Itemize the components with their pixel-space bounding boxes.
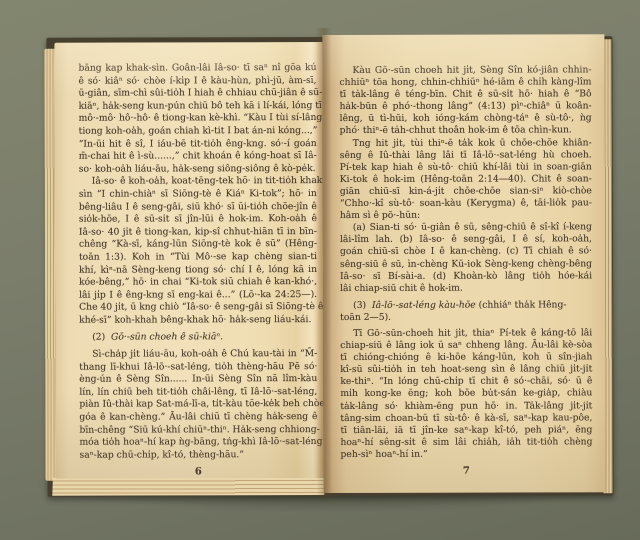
text-line: bāng kap khak-sìn. Goân-lâi Iâ-so· tī sa… <box>78 62 316 75</box>
heading-title-italic: Iâ-lō·-sat-léng kàu-hōe <box>372 299 476 310</box>
text-line: Che 40 ji̍t, ū kng chiò “Iâ-so· ê seng-g… <box>79 301 317 314</box>
text-line: khé-sī” koh-khah bêng-khak hō· ha̍k-seng… <box>79 314 317 327</box>
text-line: chhiūⁿ tōa hong, chhin-chhiūⁿ hé-iām ê c… <box>340 76 592 89</box>
text-line: Tī Gō·-sūn-choeh hit ji̍t, thiaⁿ Pí-tek … <box>340 327 592 340</box>
text-line: piàn Iû-thài kap Sat-má-lī-a, ti̍t-kàu t… <box>79 398 317 411</box>
paragraph: Kàu Gō·-sūn choeh hit ji̍t, Sèng Sîn kó-… <box>339 64 591 137</box>
text-line: chêng “Kà-sī, káng-lūn Siōng-tè kok ê sū… <box>79 238 317 251</box>
right-page-text: Kàu Gō·-sūn choeh hit ji̍t, Sèng Sîn kó-… <box>339 64 592 477</box>
text-line: sio̍k-hōe, I ê sū-si̍t sī jîn-lūi ê hok-… <box>79 213 317 226</box>
page-number-left: 6 <box>80 466 318 478</box>
text-line: (2) Gō·-sūn choeh ê sū-kiāⁿ. <box>79 332 317 345</box>
text-line: goán chiū-sī chòe I ê kan-chèng. (c) Tī … <box>340 246 592 259</box>
text-line: tâng-sim choan-bū tī sù-tô· ê kà-sī, saⁿ… <box>340 412 592 425</box>
text-line: Tng hit ji̍t, tùi thiⁿ-ē ta̍k kok ū chōe… <box>340 137 592 150</box>
text-line: (3) Iâ-lō·-sat-léng kàu-hōe (chhiáⁿ tha̍… <box>340 299 592 312</box>
text-line: Iâ-so· ê koh-oa̍h, koat-tēng-tek hō· in … <box>79 175 317 188</box>
text-line: Pí-tek kap hiah ê sù-tô· chiū khí-lâi tù… <box>340 161 592 174</box>
text-line: tī tiān-lāi, iā tī jîn-ke saⁿ-kap kî-tó,… <box>340 424 592 437</box>
text-line: khí, kìⁿ-nā Sèng-keng tiong só· chí I ê,… <box>79 264 317 277</box>
text-line: móa tio̍h hoaⁿ-hí kap ǹg-bāng, tńg-khì I… <box>79 436 317 449</box>
text-line: lâi chiap-siū chit ê hok-im. <box>340 282 592 295</box>
text-line: èng-ún ê Sèng Sîn...... In-ūi Sèng Sîn n… <box>79 373 317 386</box>
text-line: saⁿ-kap chū-chi̍p, kî-tó, thèng-hāu.” <box>79 449 317 462</box>
text-line: sêng ê Iû-thài lâng lâi tī Iâ-lō·-sat-lé… <box>340 149 592 162</box>
text-line: sêng-siū ê sū, ìn-chèng Kū-iok Sèng-keng… <box>340 258 592 271</box>
heading-title-italic: Gō·-sūn choeh ê sū-kiāⁿ. <box>111 332 223 343</box>
text-line: thang lī-khui Iâ-lō·-sat-léng, tio̍h thè… <box>79 361 317 374</box>
text-line: ta̍k-lâng só· khiàm-ēng pun hō· in. Ta̍k… <box>340 400 592 413</box>
heading-text: toān 2—5). <box>340 312 391 323</box>
text-line: hâm sì ê pō·-hūn: <box>340 209 592 222</box>
text-line: toān 2—5). <box>340 311 592 324</box>
text-line: m̄-chai hit ê ì-sù......,” chit khoán ê … <box>79 150 317 163</box>
text-line: phó· thiⁿ-ē ta̍h-chhut thoân hok-im ê tō… <box>340 125 592 138</box>
text-line: mô·-mô· hô·-hô· ê tiong-kan kè-khì. “Kàu… <box>79 112 317 125</box>
paragraph: bāng kap khak-sìn. Goân-lâi Iâ-so· tī sa… <box>78 62 316 176</box>
heading-text: (2) <box>92 332 111 343</box>
text-line: Iâ-so· 40 ji̍t ê tiong-kan, kip-sî chhut… <box>79 226 317 239</box>
text-line: giān chiū-sī kin-á-ji̍t chōe-chōe sian-s… <box>340 185 592 198</box>
text-line: mi̍h kong-ke ēng; koh bōe bu̍t-sán ke-gi… <box>340 388 592 401</box>
text-line: bêng-liâu I ê seng-gâi, siū khó· sī ūi-t… <box>79 201 317 214</box>
text-line: “In-ūi hit ê sî, I iáu-bē tit-tio̍h êng-… <box>79 138 317 151</box>
paragraph: (a) Sian-ti só· ū-giân ê sū, sêng-chiū ê… <box>340 222 592 295</box>
text-line: Iâ-so· sī Bí-sài-a. (d) Khoàn-kò lâng ti… <box>340 270 592 283</box>
page-number-right: 7 <box>341 465 593 477</box>
text-line: tī chióng-chióng ê ki-hōe káng-lūn, koh … <box>340 351 592 364</box>
text-line: ū-giân, sīm-chì sûi-tio̍h I hiah ê chhia… <box>79 87 317 100</box>
text-line: ê só· kiâⁿ só· chòe í-ki̍p I ê kàu-hùn, … <box>79 75 317 88</box>
text-line: tiong koh-oa̍h, goán chiah kì-tit I bat … <box>79 125 317 138</box>
text-line: peh-sìⁿ hoaⁿ-hí in.” <box>340 448 592 461</box>
paragraph: Iâ-so· ê koh-oa̍h, koat-tēng-tek hō· in … <box>79 175 317 327</box>
paragraph: Tng hit ji̍t, tùi thiⁿ-ē ta̍k kok ū chōe… <box>340 137 592 222</box>
text-line: lín, lín chiū beh tit-tio̍h châi-lêng, t… <box>79 386 317 399</box>
open-book: bāng kap khak-sìn. Goân-lâi Iâ-so· tī sa… <box>43 27 616 498</box>
section-heading: (3) Iâ-lō·-sat-léng kàu-hōe (chhiáⁿ tha̍… <box>340 299 592 324</box>
text-line: hoaⁿ-hí sêng-si̍t ê sim lâi chia̍h, ia̍h… <box>340 436 592 449</box>
text-line: lâi ji̍p I ê êng-kng sī eng-kai ê...” (L… <box>79 289 317 302</box>
text-line: Sì-cha̍p ji̍t liáu-āu, koh-oa̍h ê Chú ka… <box>79 348 317 361</box>
text-line: bīn-chêng “Siū kú-khí chiūⁿ-thiⁿ. Ha̍k-s… <box>79 424 317 437</box>
text-line: toān 1:3). Koh in “Tùi Mô·-se kap chèng … <box>79 251 317 264</box>
text-line: Kàu Gō·-sūn choeh hit ji̍t, Sèng Sîn kó-… <box>339 64 591 77</box>
text-line: kiāⁿ, ha̍k-seng kun-pún chiū bô teh kā i… <box>79 100 317 113</box>
page-edges-bottom <box>52 477 325 496</box>
section-heading: (2) Gō·-sūn choeh ê sū-kiāⁿ. <box>79 332 317 345</box>
paragraph: Sì-cha̍p ji̍t liáu-āu, koh-oa̍h ê Chú ka… <box>79 348 317 462</box>
right-page: Kàu Gō·-sūn choeh hit ji̍t, Sèng Sîn kó-… <box>322 34 605 493</box>
left-page: bāng kap khak-sìn. Goân-lâi Iâ-so· tī sa… <box>54 42 323 479</box>
text-line: kóe-bêng,” hō· in chai “Ki-tok siū chiah… <box>79 276 317 289</box>
text-line: sìn “I chin-chiàⁿ sī Siōng-tè ê Kiáⁿ Ki-… <box>79 188 317 201</box>
text-line: kî-sū sûi-tio̍h in teh hoat-seng sìn ê l… <box>340 364 592 377</box>
heading-text: (3) <box>353 300 372 311</box>
text-line: tī ta̍k-lâng ê téng-bīn. Chit ê sū-si̍t … <box>340 89 592 102</box>
text-line: chiap-siū ê lâng iok ū saⁿ chheng lâng. … <box>340 339 592 352</box>
text-line: so· koh-oa̍h liáu-āu, ha̍k-seng siông-si… <box>79 163 317 176</box>
heading-text: (chhiáⁿ tha̍k Hêng- <box>476 299 567 310</box>
left-page-text: bāng kap khak-sìn. Goân-lâi Iâ-so· tī sa… <box>78 62 317 478</box>
paragraph: Tī Gō·-sūn-choeh hit ji̍t, thiaⁿ Pí-tek … <box>340 327 592 461</box>
text-line: (a) Sian-ti só· ū-giân ê sū, sêng-chiū ê… <box>340 222 592 235</box>
text-line: “Chho·-kî sù-tô· soan-kàu (Kerygma) ê, t… <box>340 197 592 210</box>
text-line: góa ê kan-chèng.” Āu-lâi chiū tī chèng h… <box>79 411 317 424</box>
text-line: Ki-tok ê hok-im (Hêng-toān 2:14—40). Chi… <box>340 173 592 186</box>
